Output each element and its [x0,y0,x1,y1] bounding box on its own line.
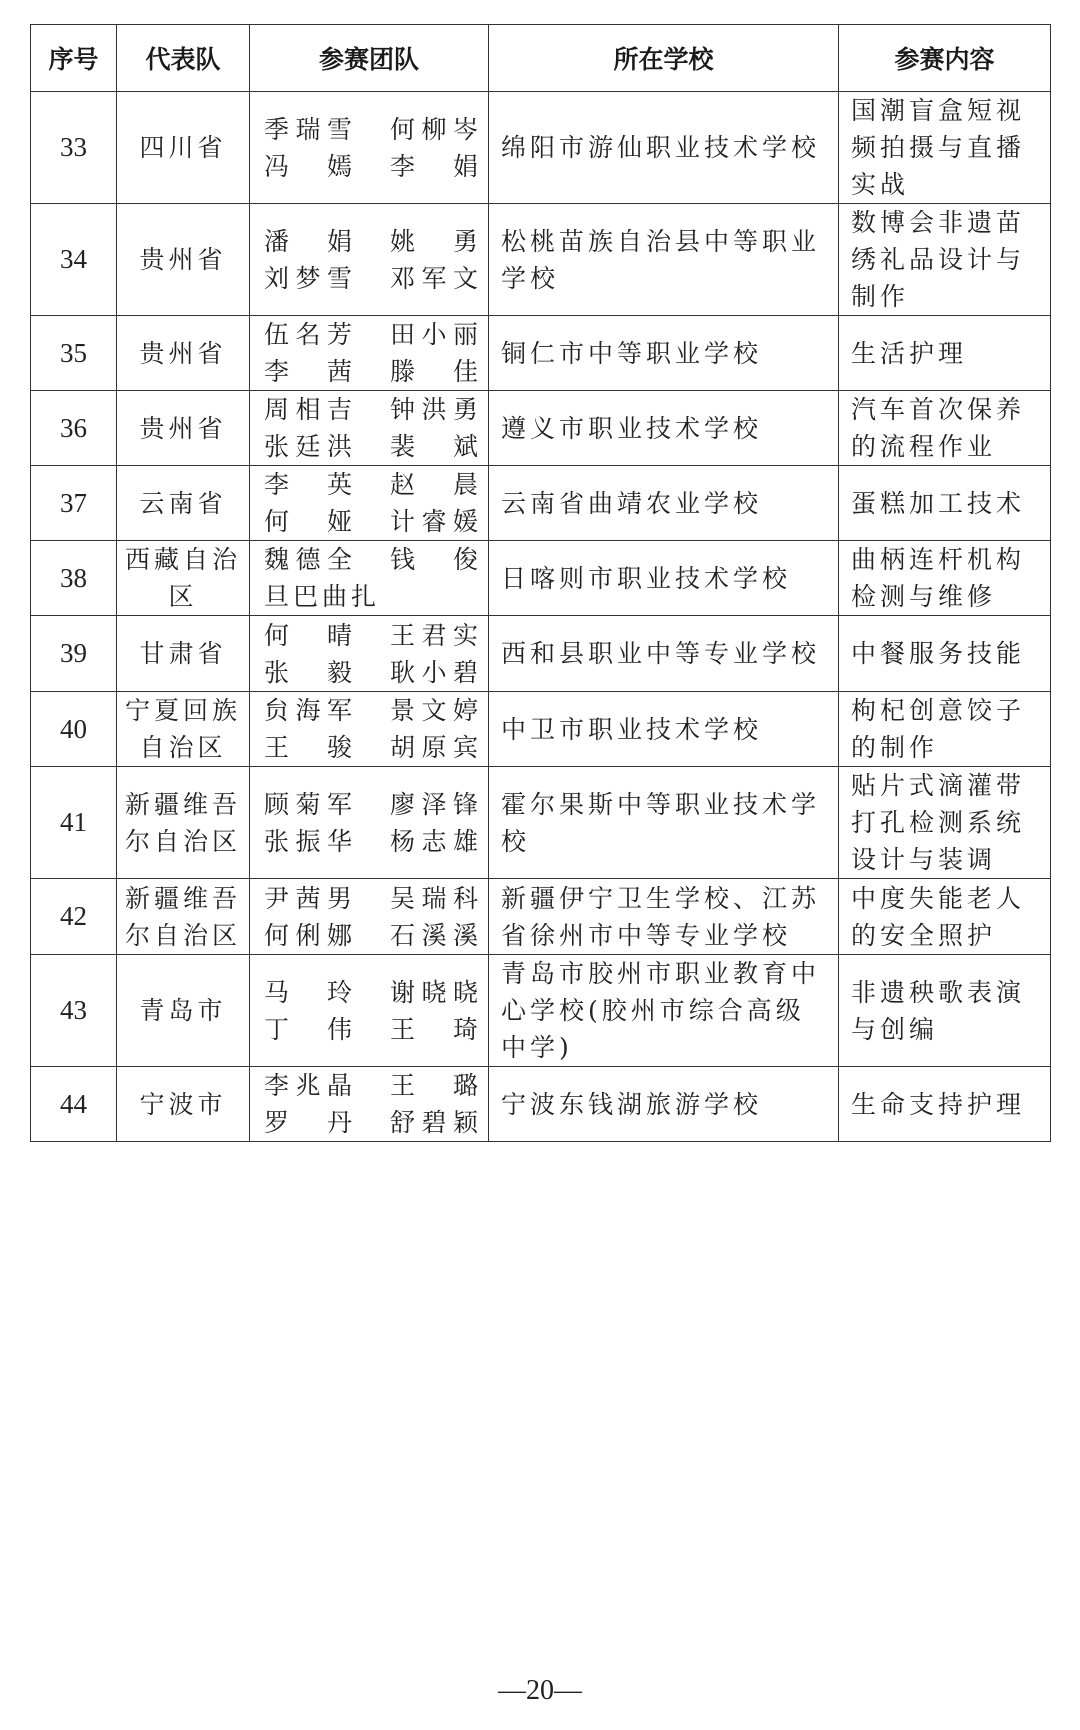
row-team: 贵州省 [117,391,250,466]
row-members: 尹茜男吴瑞科何俐娜石溪溪 [250,879,489,955]
member-name: 耿小碧 [390,654,478,691]
row-content: 中度失能老人的安全照护 [839,879,1051,955]
member-line: 魏德全钱俊 [264,541,478,578]
member-name: 张毅 [264,654,352,691]
row-members: 李英赵晨何娅计睿媛 [250,466,489,541]
member-line: 李英赵晨 [264,466,478,503]
header-content: 参赛内容 [839,25,1051,92]
member-line: 季瑞雪何柳岑 [264,111,478,148]
member-name: 王君实 [390,617,478,654]
header-index: 序号 [31,25,117,92]
member-line: 周相吉钟洪勇 [264,391,478,428]
member-name: 何娅 [264,503,352,540]
member-name: 舒碧颖 [390,1104,478,1141]
page-number: —20— [0,1675,1080,1707]
member-name: 景文婷 [390,692,478,729]
member-name: 王璐 [390,1067,478,1104]
member-name: 谢晓晓 [390,974,478,1011]
member-name: 钱俊 [390,541,478,578]
row-index: 41 [31,767,117,879]
member-line: 冯嫣李娟 [264,148,478,185]
member-name: 何晴 [264,617,352,654]
member-name [390,578,478,615]
member-name: 滕佳 [390,353,478,390]
participants-table: 序号 代表队 参赛团队 所在学校 参赛内容 33四川省季瑞雪何柳岑冯嫣李娟绵阳市… [30,24,1051,1142]
member-name: 裴斌 [390,428,478,465]
row-content: 生命支持护理 [839,1067,1051,1142]
row-content: 中餐服务技能 [839,616,1051,692]
member-name: 张振华 [264,823,352,860]
row-index: 42 [31,879,117,955]
member-name: 李英 [264,466,352,503]
member-line: 何娅计睿媛 [264,503,478,540]
row-index: 35 [31,316,117,391]
row-school: 西和县职业中等专业学校 [489,616,839,692]
member-name: 尹茜男 [264,880,352,917]
table-row: 43青岛市马玲谢晓晓丁伟王琦青岛市胶州市职业教育中心学校(胶州市综合高级中学)非… [31,955,1051,1067]
row-index: 39 [31,616,117,692]
member-name: 魏德全 [264,541,352,578]
row-team: 四川省 [117,92,250,204]
row-content: 曲柄连杆机构检测与维修 [839,541,1051,616]
row-members: 贠海军景文婷王骏胡原宾 [250,692,489,767]
member-name: 周相吉 [264,391,352,428]
member-name: 丁伟 [264,1011,352,1048]
table-row: 38西藏自治区魏德全钱俊旦巴曲扎日喀则市职业技术学校曲柄连杆机构检测与维修 [31,541,1051,616]
row-team: 贵州省 [117,316,250,391]
row-members: 周相吉钟洪勇张廷洪裴斌 [250,391,489,466]
member-name: 邓军文 [390,260,478,297]
row-members: 潘娟姚勇刘梦雪邓军文 [250,204,489,316]
row-content: 枸杞创意饺子的制作 [839,692,1051,767]
header-members: 参赛团队 [250,25,489,92]
row-team: 宁波市 [117,1067,250,1142]
table-row: 35贵州省伍名芳田小丽李茜滕佳铜仁市中等职业学校生活护理 [31,316,1051,391]
table-row: 36贵州省周相吉钟洪勇张廷洪裴斌遵义市职业技术学校汽车首次保养的流程作业 [31,391,1051,466]
member-name: 旦巴曲扎 [264,578,380,615]
table-row: 44宁波市李兆晶王璐罗丹舒碧颖宁波东钱湖旅游学校生命支持护理 [31,1067,1051,1142]
member-name: 李兆晶 [264,1067,352,1104]
member-name: 王骏 [264,729,352,766]
member-name: 计睿媛 [390,503,478,540]
member-line: 张廷洪裴斌 [264,428,478,465]
member-line: 罗丹舒碧颖 [264,1104,478,1141]
member-line: 丁伟王琦 [264,1011,478,1048]
table-row: 37云南省李英赵晨何娅计睿媛云南省曲靖农业学校蛋糕加工技术 [31,466,1051,541]
member-name: 何柳岑 [390,111,478,148]
row-team: 新疆维吾尔自治区 [117,767,250,879]
member-line: 刘梦雪邓军文 [264,260,478,297]
header-school: 所在学校 [489,25,839,92]
row-members: 顾菊军廖泽锋张振华杨志雄 [250,767,489,879]
member-line: 马玲谢晓晓 [264,974,478,1011]
row-team: 贵州省 [117,204,250,316]
row-members: 伍名芳田小丽李茜滕佳 [250,316,489,391]
member-line: 潘娟姚勇 [264,223,478,260]
member-name: 季瑞雪 [264,111,352,148]
row-content: 贴片式滴灌带打孔检测系统设计与装调 [839,767,1051,879]
member-name: 杨志雄 [390,823,478,860]
member-name: 王琦 [390,1011,478,1048]
row-school: 霍尔果斯中等职业技术学校 [489,767,839,879]
member-name: 张廷洪 [264,428,352,465]
row-members: 马玲谢晓晓丁伟王琦 [250,955,489,1067]
member-name: 钟洪勇 [390,391,478,428]
row-content: 非遗秧歌表演与创编 [839,955,1051,1067]
member-name: 田小丽 [390,316,478,353]
member-name: 贠海军 [264,692,352,729]
member-name: 顾菊军 [264,786,352,823]
row-index: 37 [31,466,117,541]
member-name: 姚勇 [390,223,478,260]
table-row: 41新疆维吾尔自治区顾菊军廖泽锋张振华杨志雄霍尔果斯中等职业技术学校贴片式滴灌带… [31,767,1051,879]
member-name: 胡原宾 [390,729,478,766]
member-name: 何俐娜 [264,917,352,954]
member-line: 旦巴曲扎 [264,578,478,615]
row-team: 云南省 [117,466,250,541]
member-line: 贠海军景文婷 [264,692,478,729]
row-team: 宁夏回族自治区 [117,692,250,767]
member-name: 李娟 [390,148,478,185]
row-team: 新疆维吾尔自治区 [117,879,250,955]
row-index: 38 [31,541,117,616]
table-row: 42新疆维吾尔自治区尹茜男吴瑞科何俐娜石溪溪新疆伊宁卫生学校、江苏省徐州市中等专… [31,879,1051,955]
row-members: 何晴王君实张毅耿小碧 [250,616,489,692]
row-school: 遵义市职业技术学校 [489,391,839,466]
row-index: 33 [31,92,117,204]
member-line: 何俐娜石溪溪 [264,917,478,954]
row-members: 季瑞雪何柳岑冯嫣李娟 [250,92,489,204]
member-line: 王骏胡原宾 [264,729,478,766]
member-line: 张毅耿小碧 [264,654,478,691]
row-school: 新疆伊宁卫生学校、江苏省徐州市中等专业学校 [489,879,839,955]
row-index: 43 [31,955,117,1067]
table-row: 34贵州省潘娟姚勇刘梦雪邓军文松桃苗族自治县中等职业学校数博会非遗苗绣礼品设计与… [31,204,1051,316]
table-body: 33四川省季瑞雪何柳岑冯嫣李娟绵阳市游仙职业技术学校国潮盲盒短视频拍摄与直播实战… [31,92,1051,1142]
member-line: 尹茜男吴瑞科 [264,880,478,917]
member-line: 李兆晶王璐 [264,1067,478,1104]
row-content: 数博会非遗苗绣礼品设计与制作 [839,204,1051,316]
row-school: 宁波东钱湖旅游学校 [489,1067,839,1142]
row-content: 生活护理 [839,316,1051,391]
member-line: 李茜滕佳 [264,353,478,390]
row-content: 汽车首次保养的流程作业 [839,391,1051,466]
member-name: 赵晨 [390,466,478,503]
row-index: 40 [31,692,117,767]
row-school: 青岛市胶州市职业教育中心学校(胶州市综合高级中学) [489,955,839,1067]
row-content: 蛋糕加工技术 [839,466,1051,541]
row-school: 中卫市职业技术学校 [489,692,839,767]
member-line: 顾菊军廖泽锋 [264,786,478,823]
member-name: 吴瑞科 [390,880,478,917]
row-index: 36 [31,391,117,466]
row-team: 西藏自治区 [117,541,250,616]
member-line: 何晴王君实 [264,617,478,654]
row-members: 魏德全钱俊旦巴曲扎 [250,541,489,616]
row-team: 甘肃省 [117,616,250,692]
member-name: 伍名芳 [264,316,352,353]
table-header-row: 序号 代表队 参赛团队 所在学校 参赛内容 [31,25,1051,92]
member-line: 张振华杨志雄 [264,823,478,860]
member-name: 廖泽锋 [390,786,478,823]
row-content: 国潮盲盒短视频拍摄与直播实战 [839,92,1051,204]
table-row: 40宁夏回族自治区贠海军景文婷王骏胡原宾中卫市职业技术学校枸杞创意饺子的制作 [31,692,1051,767]
row-school: 松桃苗族自治县中等职业学校 [489,204,839,316]
member-name: 潘娟 [264,223,352,260]
table-row: 33四川省季瑞雪何柳岑冯嫣李娟绵阳市游仙职业技术学校国潮盲盒短视频拍摄与直播实战 [31,92,1051,204]
row-members: 李兆晶王璐罗丹舒碧颖 [250,1067,489,1142]
member-name: 石溪溪 [390,917,478,954]
member-name: 冯嫣 [264,148,352,185]
row-index: 34 [31,204,117,316]
row-school: 绵阳市游仙职业技术学校 [489,92,839,204]
row-index: 44 [31,1067,117,1142]
row-school: 日喀则市职业技术学校 [489,541,839,616]
table-row: 39甘肃省何晴王君实张毅耿小碧西和县职业中等专业学校中餐服务技能 [31,616,1051,692]
member-name: 罗丹 [264,1104,352,1141]
member-name: 马玲 [264,974,352,1011]
row-school: 云南省曲靖农业学校 [489,466,839,541]
header-team: 代表队 [117,25,250,92]
row-school: 铜仁市中等职业学校 [489,316,839,391]
member-name: 李茜 [264,353,352,390]
member-name: 刘梦雪 [264,260,352,297]
member-line: 伍名芳田小丽 [264,316,478,353]
row-team: 青岛市 [117,955,250,1067]
